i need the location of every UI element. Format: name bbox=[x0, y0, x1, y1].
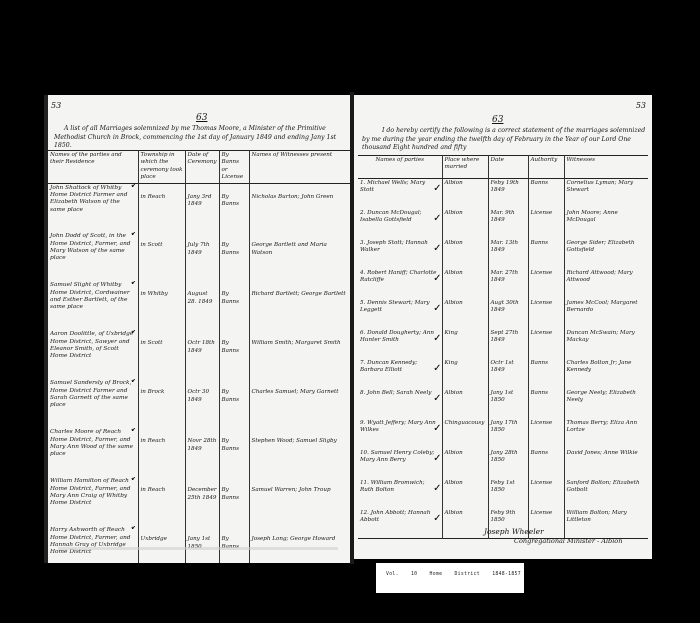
cell-where: Albion bbox=[442, 209, 488, 239]
cell-witnesses: David Jones; Anne Wilkie bbox=[564, 449, 648, 479]
column-header: Township in which the ceremony took plac… bbox=[138, 151, 185, 184]
cell-names: 12. John Abbott; Hannah Abbott✓ bbox=[358, 509, 442, 539]
column-header: By Banns or License bbox=[219, 151, 249, 184]
cell-names: 7. Duncan Kennedy; Barbara Elliott✓ bbox=[358, 359, 442, 389]
party-names: Dennis Stewart; Mary Leggett bbox=[360, 300, 430, 313]
entry-number: 8. bbox=[360, 390, 365, 396]
minister-title: Congregational Minister - Albion bbox=[514, 537, 622, 545]
cell-names: Aaron Doolittle, of Uxbridge Home Distri… bbox=[48, 330, 138, 379]
table-row: 9. Wyatt Jeffery; Mary Ann Wilkes✓Chingu… bbox=[358, 419, 648, 449]
cell-date: Feby 1st 1850 bbox=[488, 479, 528, 509]
cell-by: By Banns bbox=[219, 330, 249, 379]
check-mark-icon: ✓ bbox=[130, 526, 138, 531]
folio-number: 53 bbox=[636, 101, 646, 110]
check-mark-icon: ✓ bbox=[433, 215, 441, 222]
certification-intro: I do hereby certify the following is a c… bbox=[362, 127, 646, 153]
cell-by: By Banns bbox=[219, 379, 249, 428]
column-header: Date of Ceremony bbox=[185, 151, 219, 184]
cell-date: Jany 1st 1850 bbox=[185, 526, 219, 563]
cell-witnesses: George Sider; Elizabeth Gottsfield bbox=[564, 239, 648, 269]
party-names: Robert Haniff; Charlotte Ratcliffe bbox=[360, 270, 436, 283]
cell-where: Albion bbox=[442, 239, 488, 269]
table-row: 10. Samuel Henry Coleby; Mary Ann Berry✓… bbox=[358, 449, 648, 479]
party-names: Michael Wells; Mary Stott bbox=[360, 180, 425, 193]
column-header: Authority bbox=[528, 156, 564, 179]
cell-witnesses: Richard Bartlett; George Bartlett bbox=[249, 281, 350, 330]
entry-number: 11. bbox=[360, 480, 369, 486]
check-mark-icon: ✓ bbox=[433, 275, 441, 282]
cell-where: in Brock bbox=[138, 379, 185, 428]
cell-witnesses: George Neely; Elizabeth Neely bbox=[564, 389, 648, 419]
years-label: 1848-1857 bbox=[492, 572, 521, 577]
column-header: Names of the parties and their Residence bbox=[48, 151, 138, 184]
table-row: 4. Robert Haniff; Charlotte Ratcliffe✓Al… bbox=[358, 269, 648, 299]
cell-date: Novr 28th 1849 bbox=[185, 428, 219, 477]
cell-witnesses: William Bolton; Mary Littleton bbox=[564, 509, 648, 539]
table-row: 7. Duncan Kennedy; Barbara Elliott✓KingO… bbox=[358, 359, 648, 389]
cell-where: Albion bbox=[442, 269, 488, 299]
entry-number: 7. bbox=[360, 360, 365, 366]
cell-witnesses: Charles Samuel; Mary Garnett bbox=[249, 379, 350, 428]
cell-witnesses: John Moore; Anne McDougal bbox=[564, 209, 648, 239]
cell-names: 6. Donald Dougherty; Ann Hunter Smith✓ bbox=[358, 329, 442, 359]
check-mark-icon: ✓ bbox=[433, 395, 441, 402]
check-mark-icon: ✓ bbox=[433, 485, 441, 492]
cell-names: 9. Wyatt Jeffery; Mary Ann Wilkes✓ bbox=[358, 419, 442, 449]
cell-names: John Shattock of Whitby Home District Fa… bbox=[48, 183, 138, 232]
party-names: John Bell; Sarah Neely bbox=[367, 390, 431, 396]
check-mark-icon: ✓ bbox=[130, 183, 138, 189]
cell-witnesses: Charles Bolton Jr; Jane Kennedy bbox=[564, 359, 648, 389]
cell-names: Samuel Slight of Whitby Home District, C… bbox=[48, 281, 138, 330]
cell-authority: License bbox=[528, 269, 564, 299]
cell-names: William Hamilton of Reach Home District,… bbox=[48, 477, 138, 526]
check-mark-icon: ✓ bbox=[433, 185, 441, 192]
cell-names: 2. Duncan McDougal; Isabella Gottsfield✓ bbox=[358, 209, 442, 239]
table-row: Samuel Slight of Whitby Home District, C… bbox=[48, 281, 350, 330]
cell-names: John Dodd of Scott, in the Home District… bbox=[48, 232, 138, 281]
table-header-row: Names of parties Place where married Dat… bbox=[358, 156, 648, 179]
cell-where: Uxbridge bbox=[138, 526, 185, 563]
entry-number: 5. bbox=[360, 300, 365, 306]
cell-authority: Banns bbox=[528, 389, 564, 419]
cell-where: Albion bbox=[442, 449, 488, 479]
cell-where: in Reach bbox=[138, 428, 185, 477]
cell-where: Albion bbox=[442, 179, 488, 209]
cell-date: Mar. 27th 1849 bbox=[488, 269, 528, 299]
marriage-table-left: Names of the parties and their Residence… bbox=[48, 150, 350, 563]
cell-where: Albion bbox=[442, 299, 488, 329]
entry-number: 9. bbox=[360, 420, 365, 426]
entry-number: 4. bbox=[360, 270, 365, 276]
cell-names: 10. Samuel Henry Coleby; Mary Ann Berry✓ bbox=[358, 449, 442, 479]
cell-witnesses: Duncan McSwain; Mary Mackay bbox=[564, 329, 648, 359]
archive-label: Vol. 10 Home District 1848-1857 bbox=[376, 563, 524, 593]
cell-witnesses: Joseph Long; George Howard bbox=[249, 526, 350, 563]
entry-number: 10. bbox=[360, 450, 369, 456]
column-header: Date bbox=[488, 156, 528, 179]
table-row: 8. John Bell; Sarah Neely✓AlbionJany 1st… bbox=[358, 389, 648, 419]
cell-date: Jany 3rd 1849 bbox=[185, 183, 219, 232]
volume-label: Vol. 10 bbox=[386, 572, 417, 577]
cell-authority: License bbox=[528, 479, 564, 509]
cell-names: Samuel Sandersly of Brock, Home District… bbox=[48, 379, 138, 428]
party-names: Duncan Kennedy; Barbara Elliott bbox=[360, 360, 417, 373]
table-row: Aaron Doolittle, of Uxbridge Home Distri… bbox=[48, 330, 350, 379]
page-number: 63 bbox=[196, 113, 207, 123]
check-mark-icon: ✓ bbox=[433, 365, 441, 372]
cell-date: Octr 30 1849 bbox=[185, 379, 219, 428]
entry-number: 12. bbox=[360, 510, 369, 516]
check-mark-icon: ✓ bbox=[130, 428, 138, 433]
cell-where: Albion bbox=[442, 389, 488, 419]
page-edge-wear bbox=[58, 547, 338, 550]
cell-witnesses: Sanford Bolton; Elizabeth Gotbolt bbox=[564, 479, 648, 509]
cell-names: 5. Dennis Stewart; Mary Leggett✓ bbox=[358, 299, 442, 329]
cell-date: Octr 18th 1849 bbox=[185, 330, 219, 379]
district-label: Home District bbox=[430, 572, 480, 577]
cell-names: Charles Moore of Reach Home District, Fa… bbox=[48, 428, 138, 477]
cell-authority: Banns bbox=[528, 179, 564, 209]
cell-where: Albion bbox=[442, 479, 488, 509]
party-names: Samuel Henry Coleby; Mary Ann Berry bbox=[360, 450, 434, 463]
right-register-page: 53 63 I do hereby certify the following … bbox=[354, 95, 652, 559]
cell-date: Feby 19th 1849 bbox=[488, 179, 528, 209]
table-row: John Shattock of Whitby Home District Fa… bbox=[48, 183, 350, 232]
check-mark-icon: ✓ bbox=[433, 305, 441, 312]
cell-authority: Banns bbox=[528, 359, 564, 389]
column-header: Names of Witnesses present bbox=[249, 151, 350, 184]
cell-witnesses: Cornelius Lyman; Mary Stewart bbox=[564, 179, 648, 209]
cell-date: August 28. 1849 bbox=[185, 281, 219, 330]
table-row: 2. Duncan McDougal; Isabella Gottsfield✓… bbox=[358, 209, 648, 239]
marriage-table-right: Names of parties Place where married Dat… bbox=[358, 155, 648, 539]
table-row: John Dodd of Scott, in the Home District… bbox=[48, 232, 350, 281]
cell-by: By Banns bbox=[219, 281, 249, 330]
check-mark-icon: ✓ bbox=[433, 425, 441, 432]
register-intro: A list of all Marriages solemnized by me… bbox=[54, 125, 348, 151]
cell-where: King bbox=[442, 359, 488, 389]
cell-names: 8. John Bell; Sarah Neely✓ bbox=[358, 389, 442, 419]
check-mark-icon: ✓ bbox=[130, 330, 138, 335]
table-row: Harry Ashworth of Reach Home District, F… bbox=[48, 526, 350, 563]
check-mark-icon: ✓ bbox=[433, 515, 441, 522]
cell-names: 11. William Bromwich; Ruth Bolton✓ bbox=[358, 479, 442, 509]
cell-names: 1. Michael Wells; Mary Stott✓ bbox=[358, 179, 442, 209]
table-row: 5. Dennis Stewart; Mary Leggett✓AlbionAu… bbox=[358, 299, 648, 329]
entry-number: 1. bbox=[360, 180, 365, 186]
check-mark-icon: ✓ bbox=[130, 477, 138, 482]
cell-date: December 25th 1849 bbox=[185, 477, 219, 526]
cell-by: By Banns bbox=[219, 183, 249, 232]
column-header: Witnesses bbox=[564, 156, 648, 179]
cell-where: in Scott bbox=[138, 330, 185, 379]
cell-witnesses: Thomas Berry; Eliza Ann Lortze bbox=[564, 419, 648, 449]
cell-witnesses: Samuel Warren; John Troup bbox=[249, 477, 350, 526]
table-row: Samuel Sandersly of Brock, Home District… bbox=[48, 379, 350, 428]
cell-witnesses: James McCool; Margaret Bernardo bbox=[564, 299, 648, 329]
cell-date: Mar. 9th 1849 bbox=[488, 209, 528, 239]
table-row: William Hamilton of Reach Home District,… bbox=[48, 477, 350, 526]
cell-witnesses: William Smith; Margaret Smith bbox=[249, 330, 350, 379]
cell-names: 4. Robert Haniff; Charlotte Ratcliffe✓ bbox=[358, 269, 442, 299]
entry-number: 2. bbox=[360, 210, 365, 216]
page-number: 63 bbox=[492, 115, 503, 125]
cell-authority: Banns bbox=[528, 449, 564, 479]
cell-where: King bbox=[442, 329, 488, 359]
cell-authority: License bbox=[528, 209, 564, 239]
column-header: Names of parties bbox=[358, 156, 442, 179]
table-row: Charles Moore of Reach Home District, Fa… bbox=[48, 428, 350, 477]
check-mark-icon: ✓ bbox=[130, 379, 138, 384]
check-mark-icon: ✓ bbox=[433, 455, 441, 462]
cell-date: Jany 1st 1850 bbox=[488, 389, 528, 419]
cell-date: Jany 17th 1850 bbox=[488, 419, 528, 449]
cell-date: Jany 28th 1850 bbox=[488, 449, 528, 479]
cell-where: in Reach bbox=[138, 183, 185, 232]
table-row: 1. Michael Wells; Mary Stott✓AlbionFeby … bbox=[358, 179, 648, 209]
cell-witnesses: Stephen Wood; Samuel Sligby bbox=[249, 428, 350, 477]
cell-authority: License bbox=[528, 329, 564, 359]
cell-authority: License bbox=[528, 299, 564, 329]
cell-by: By Banns bbox=[219, 428, 249, 477]
cell-names: 3. Joseph Stott; Hannah Walker✓ bbox=[358, 239, 442, 269]
left-register-page: 53 63 A list of all Marriages solemnized… bbox=[44, 95, 354, 563]
table-row: 6. Donald Dougherty; Ann Hunter Smith✓Ki… bbox=[358, 329, 648, 359]
cell-where: in Reach bbox=[138, 477, 185, 526]
cell-authority: License bbox=[528, 419, 564, 449]
cell-date: Mar. 13th 1849 bbox=[488, 239, 528, 269]
party-names: Donald Dougherty; Ann Hunter Smith bbox=[360, 330, 434, 343]
party-names: Joseph Stott; Hannah Walker bbox=[360, 240, 428, 253]
party-names: Wyatt Jeffery; Mary Ann Wilkes bbox=[360, 420, 436, 433]
cell-where: in Whitby bbox=[138, 281, 185, 330]
cell-witnesses: George Bartlett and Maria Watson bbox=[249, 232, 350, 281]
party-names: Duncan McDougal; Isabella Gottsfield bbox=[360, 210, 422, 223]
cell-witnesses: Nicholas Burton; John Green bbox=[249, 183, 350, 232]
table-row: 3. Joseph Stott; Hannah Walker✓AlbionMar… bbox=[358, 239, 648, 269]
cell-date: July 7th 1849 bbox=[185, 232, 219, 281]
check-mark-icon: ✓ bbox=[130, 232, 138, 237]
check-mark-icon: ✓ bbox=[130, 281, 138, 286]
cell-where: Chinguacousy bbox=[442, 419, 488, 449]
cell-date: Octr 1st 1849 bbox=[488, 359, 528, 389]
party-names: John Abbott; Hannah Abbott bbox=[360, 510, 430, 523]
cell-where: Albion bbox=[442, 509, 488, 539]
cell-witnesses: Richard Attwood; Mary Attwood bbox=[564, 269, 648, 299]
check-mark-icon: ✓ bbox=[433, 335, 441, 342]
cell-authority: Banns bbox=[528, 239, 564, 269]
cell-by: By Banns bbox=[219, 477, 249, 526]
cell-names: Harry Ashworth of Reach Home District, F… bbox=[48, 526, 138, 563]
column-header: Place where married bbox=[442, 156, 488, 179]
check-mark-icon: ✓ bbox=[433, 245, 441, 252]
cell-date: Sept 27th 1849 bbox=[488, 329, 528, 359]
party-names: William Bromwich; Ruth Bolton bbox=[360, 480, 425, 493]
entry-number: 6. bbox=[360, 330, 365, 336]
cell-by: By Banns bbox=[219, 526, 249, 563]
table-header-row: Names of the parties and their Residence… bbox=[48, 151, 350, 184]
entry-number: 3. bbox=[360, 240, 365, 246]
minister-signature: Joseph Wheeler bbox=[484, 527, 544, 536]
cell-where: in Scott bbox=[138, 232, 185, 281]
cell-date: Augt 30th 1849 bbox=[488, 299, 528, 329]
cell-by: By Banns bbox=[219, 232, 249, 281]
folio-number: 53 bbox=[51, 101, 61, 110]
table-row: 11. William Bromwich; Ruth Bolton✓Albion… bbox=[358, 479, 648, 509]
